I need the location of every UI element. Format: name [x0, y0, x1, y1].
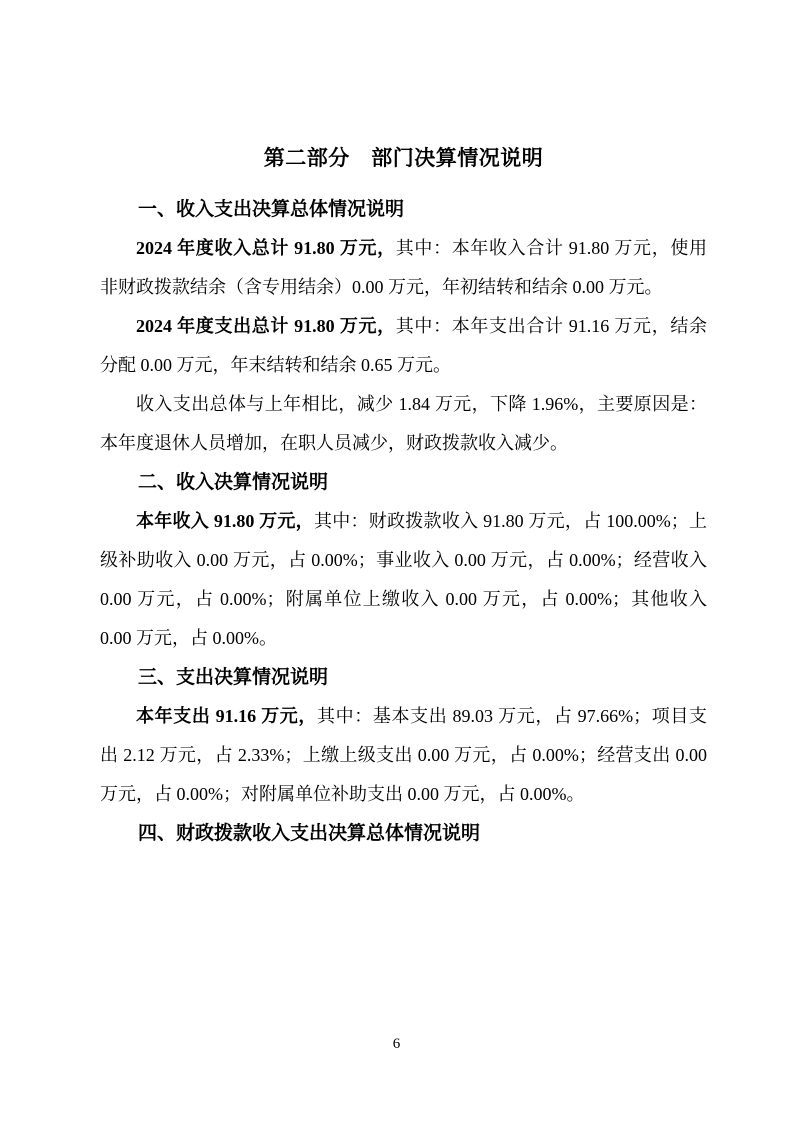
paragraph-text-income-details: 其中：财政拨款收入 91.80 万元，占 100.00%；上级补助收入 0.00… [100, 511, 707, 648]
page-number: 6 [0, 1034, 793, 1054]
section-heading-income-details: 二、收入决算情况说明 [100, 463, 707, 502]
paragraph-total-expenditure: 2024 年度支出总计 91.80 万元，其中：本年支出合计 91.16 万元，… [100, 307, 707, 385]
page-content: 第二部分 部门决算情况说明 一、收入支出决算总体情况说明 2024 年度收入总计… [100, 139, 707, 853]
section-heading-expenditure-details: 三、支出决算情况说明 [100, 658, 707, 697]
paragraph-text-year-comparison: 收入支出总体与上年相比，减少 1.84 万元，下降 1.96%，主要原因是：本年… [100, 394, 707, 453]
paragraph-income-details: 本年收入 91.80 万元，其中：财政拨款收入 91.80 万元，占 100.0… [100, 502, 707, 658]
paragraph-expenditure-details: 本年支出 91.16 万元，其中：基本支出 89.03 万元，占 97.66%；… [100, 697, 707, 814]
paragraph-lead-income-details: 本年收入 91.80 万元， [136, 511, 314, 531]
section-heading-income-expenditure-overall: 一、收入支出决算总体情况说明 [100, 190, 707, 229]
paragraph-lead-total-expenditure: 2024 年度支出总计 91.80 万元， [136, 316, 396, 336]
document-page: 第二部分 部门决算情况说明 一、收入支出决算总体情况说明 2024 年度收入总计… [0, 0, 793, 1122]
paragraph-year-comparison: 收入支出总体与上年相比，减少 1.84 万元，下降 1.96%，主要原因是：本年… [100, 385, 707, 463]
page-title: 第二部分 部门决算情况说明 [100, 139, 707, 178]
paragraph-lead-expenditure-details: 本年支出 91.16 万元， [136, 706, 317, 726]
paragraph-total-income: 2024 年度收入总计 91.80 万元，其中：本年收入合计 91.80 万元，… [100, 229, 707, 307]
section-heading-fiscal-appropriation-overall: 四、财政拨款收入支出决算总体情况说明 [100, 814, 707, 853]
paragraph-lead-total-income: 2024 年度收入总计 91.80 万元， [136, 238, 396, 258]
